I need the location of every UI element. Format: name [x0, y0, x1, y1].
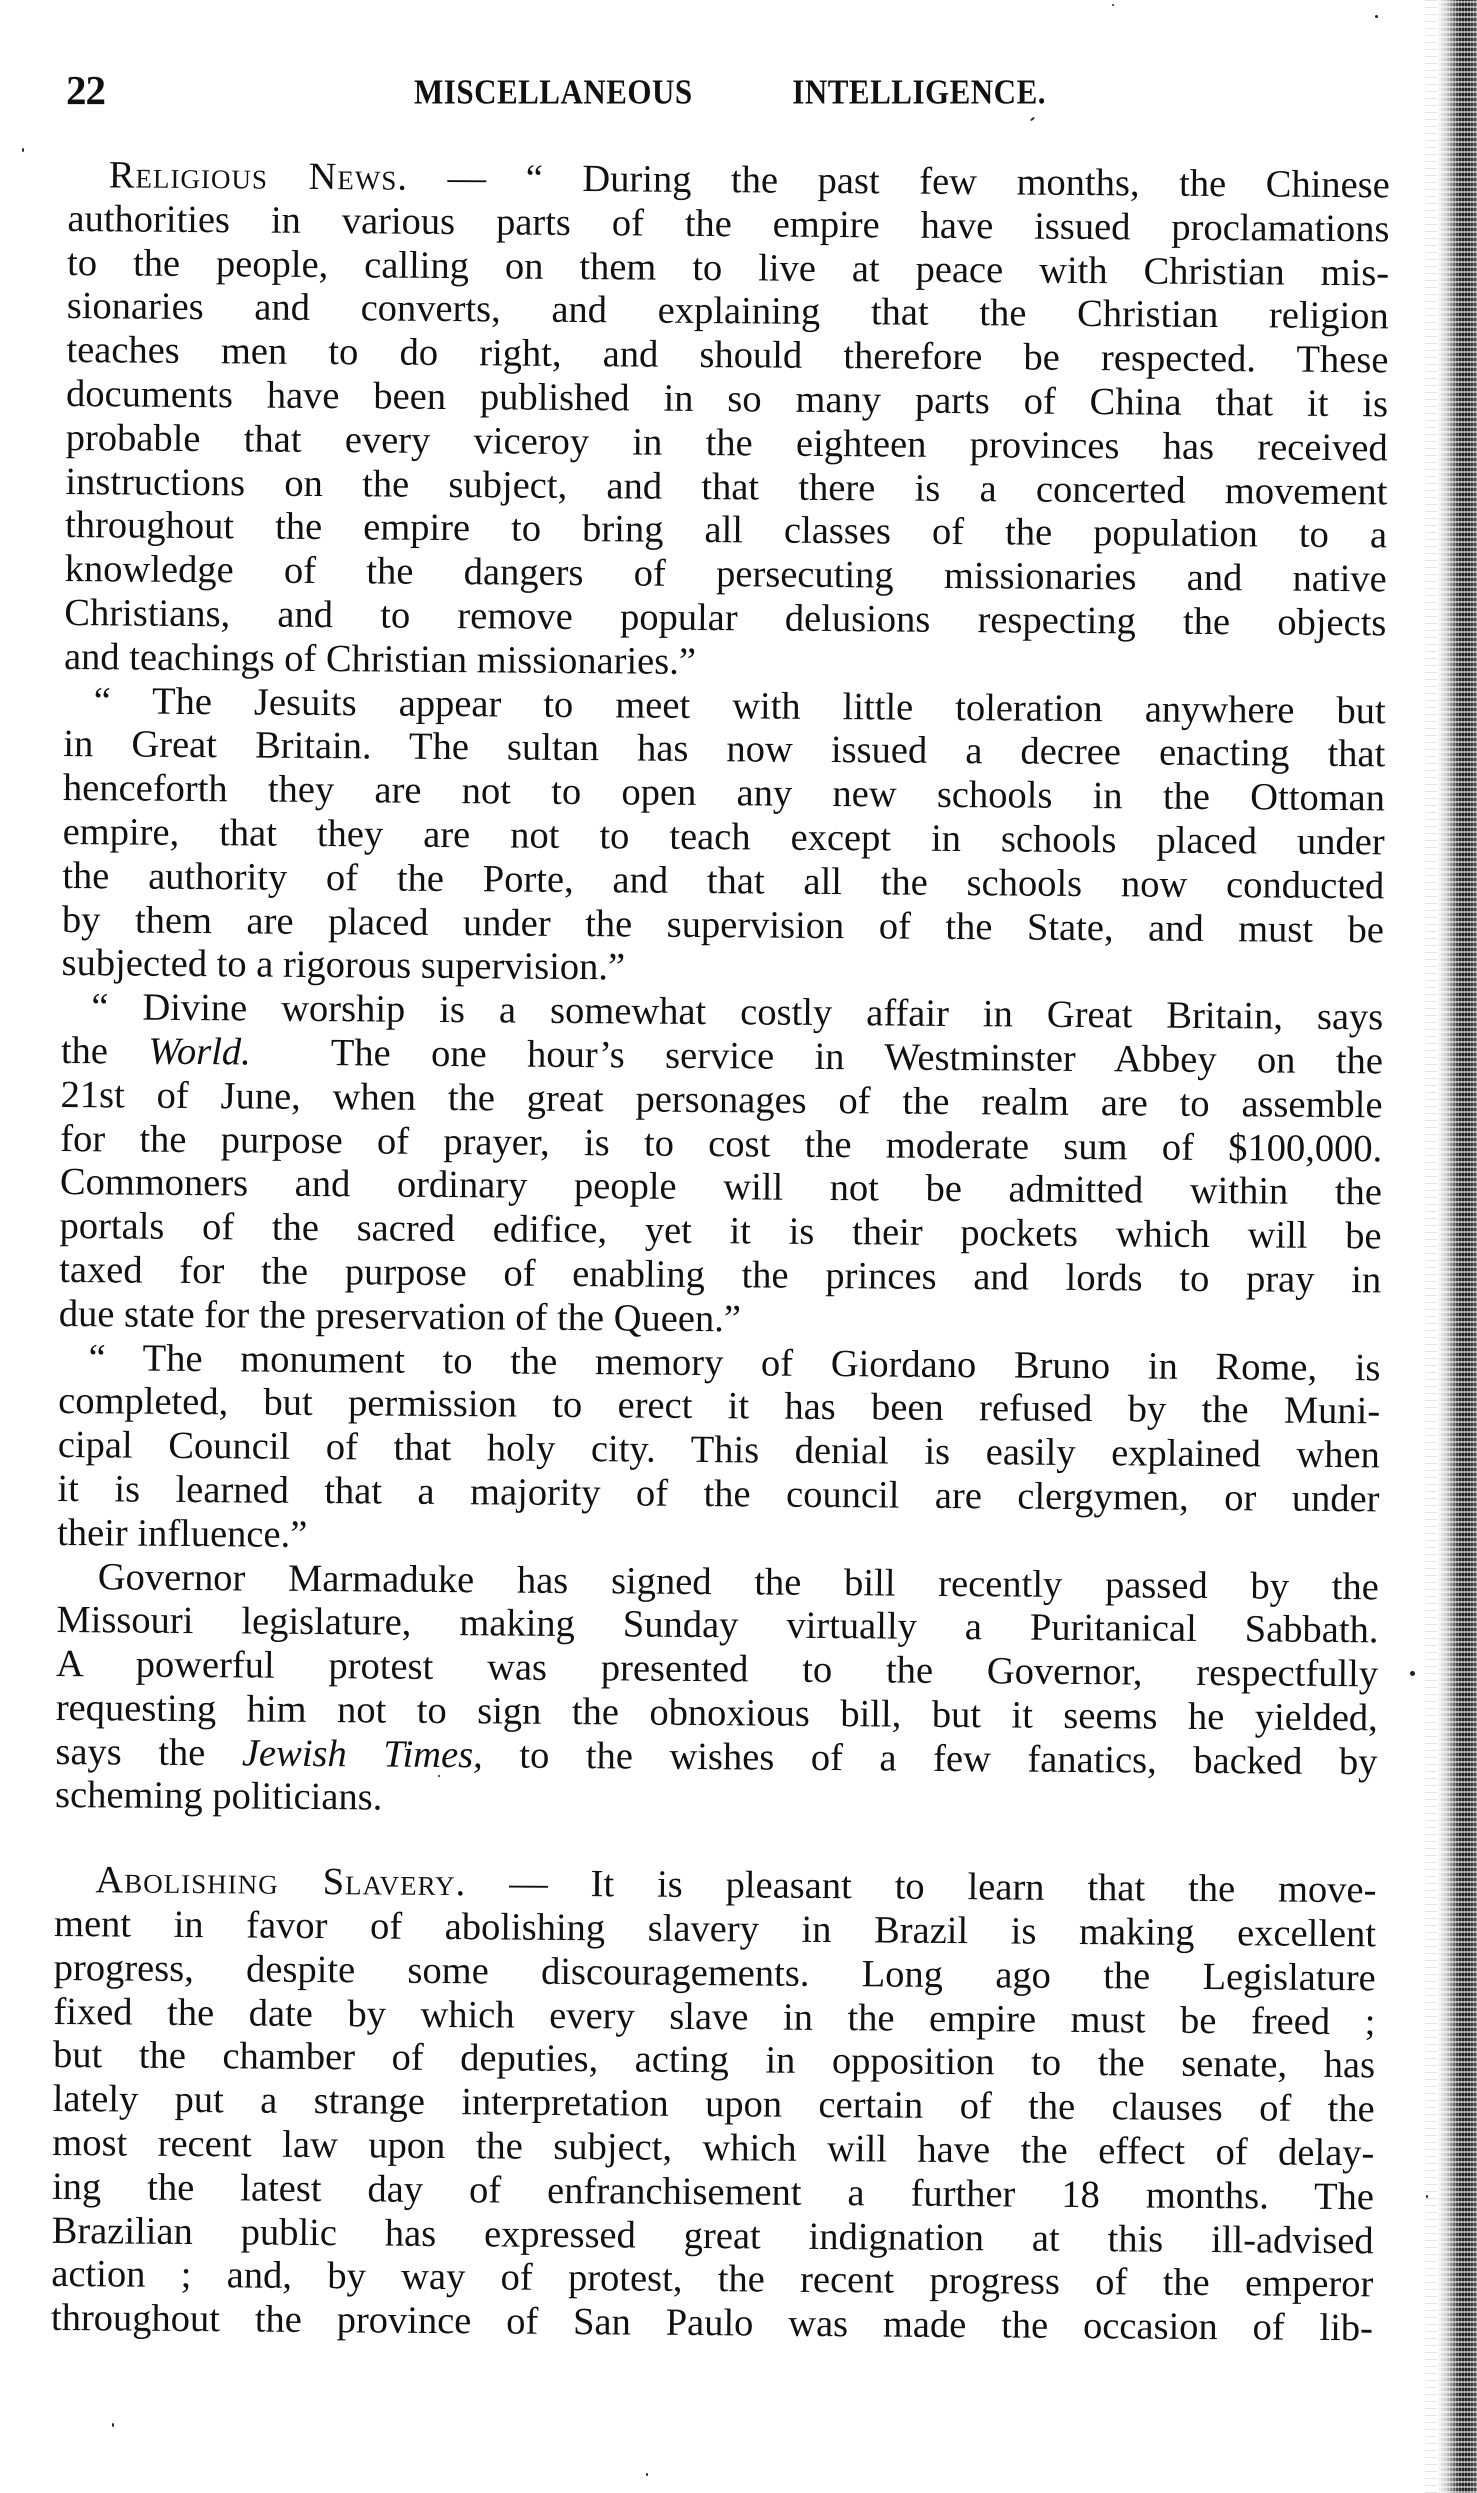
- scan-gutter-edge: [1437, 0, 1477, 2493]
- section-title: Religious News.: [109, 154, 408, 198]
- paragraph: “ The monument to the memory of Giordano…: [57, 1336, 1381, 1565]
- running-head: MISCELLANEOUS INTELLIGENCE.: [414, 70, 1046, 115]
- scan-speck: [112, 2423, 114, 2427]
- paragraph: Religious News. — “ During the past few …: [64, 154, 1390, 690]
- section-religious-news: Religious News. — “ During the past few …: [55, 154, 1390, 1829]
- scanned-page: 22 MISCELLANEOUS INTELLIGENCE. Religious…: [0, 0, 1477, 2493]
- publication-title: World.: [148, 1031, 251, 1074]
- scan-speck: [22, 148, 24, 152]
- scan-speck: [646, 2473, 648, 2476]
- page-number: 22: [66, 68, 105, 112]
- scan-speck: [1375, 15, 1378, 18]
- scan-speck: [1112, 4, 1114, 6]
- text-line: throughout the province of San Paulo was…: [51, 2297, 1373, 2351]
- scan-speck: [1030, 117, 1035, 122]
- section-abolishing-slavery: Abolishing Slavery. — It is pleasant to …: [51, 1859, 1377, 2351]
- paragraph: Abolishing Slavery. — It is pleasant to …: [51, 1859, 1377, 2351]
- paragraph: “ The Jesuits appear to meet with little…: [61, 680, 1385, 997]
- publication-title: Jewish Times,: [242, 1732, 483, 1776]
- scan-speck: [438, 1775, 440, 1777]
- section-title: Abolishing Slavery.: [95, 1860, 466, 1905]
- paragraph: “ Divine worship is a somewhat costly af…: [59, 986, 1384, 1347]
- scan-speck: [1426, 2195, 1428, 2198]
- article-body: Religious News. — “ During the past few …: [51, 154, 1390, 2351]
- paragraph: Governor Marmaduke has signed the bill r…: [55, 1555, 1379, 1828]
- scan-speck: [1410, 1671, 1415, 1676]
